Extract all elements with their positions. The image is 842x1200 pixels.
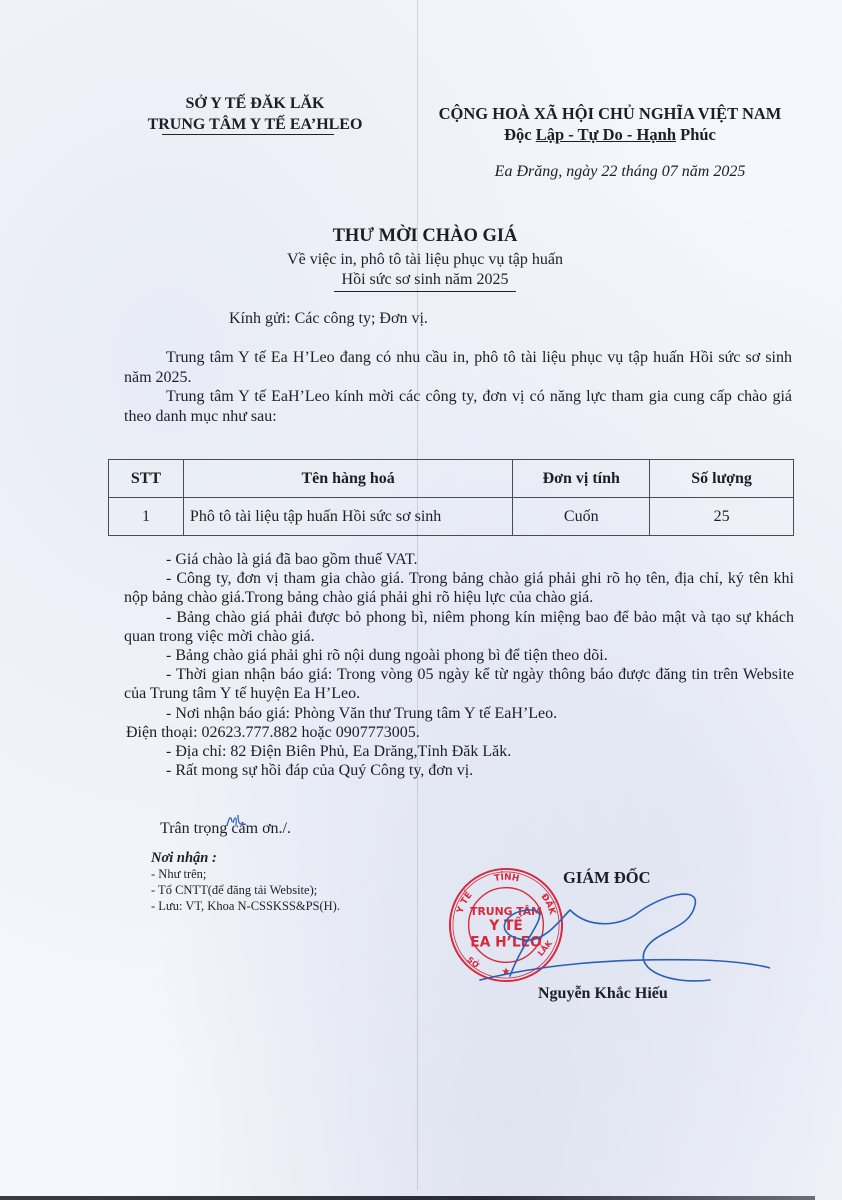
- initial-mark-icon: [224, 813, 248, 829]
- col-item-name: Tên hàng hoá: [183, 460, 512, 498]
- condition-item: - Công ty, đơn vị tham gia chào giá. Tro…: [124, 569, 794, 607]
- condition-item: - Giá chào là giá đã bao gồm thuế VAT.: [124, 550, 794, 569]
- scanned-page: SỞ Y TẾ ĐĂK LĂK TRUNG TÂM Y TẾ EA’HLEO C…: [0, 0, 842, 1200]
- col-stt: STT: [109, 460, 184, 498]
- document-title: THƯ MỜI CHÀO GIÁ: [200, 226, 650, 247]
- condition-item: - Nơi nhận báo giá: Phòng Văn thư Trung …: [124, 704, 794, 723]
- greeting: Kính gửi: Các công ty; Đơn vị.: [229, 310, 428, 328]
- recipients-block: Nơi nhận : - Như trên; - Tổ CNTT(để đăng…: [151, 850, 340, 914]
- recipient-item: - Tổ CNTT(để đăng tải Website);: [151, 882, 340, 898]
- condition-item: - Bảng chào giá phải ghi rõ nội dung ngo…: [124, 646, 794, 665]
- place-date: Ea Đrăng, ngày 22 tháng 07 năm 2025: [440, 163, 800, 181]
- closing-request: - Rất mong sự hồi đáp của Quý Công ty, đ…: [124, 761, 794, 780]
- scan-edge: [0, 1196, 815, 1200]
- recipient-item: - Lưu: VT, Khoa N-CSSKSS&PS(H).: [151, 898, 340, 914]
- issuing-agency: SỞ Y TẾ ĐĂK LĂK TRUNG TÂM Y TẾ EA’HLEO: [110, 93, 400, 135]
- col-unit: Đơn vị tính: [513, 460, 650, 498]
- recipients-label: Nơi nhận :: [151, 850, 340, 866]
- document-subtitle: Về việc in, phô tô tài liệu phục vụ tập …: [200, 250, 650, 292]
- recipient-item: - Như trên;: [151, 866, 340, 882]
- address-line: - Địa chỉ: 82 Điện Biên Phủ, Ea Drăng,Tỉ…: [124, 742, 794, 761]
- conditions-list: - Giá chào là giá đã bao gồm thuế VAT. -…: [124, 550, 794, 780]
- table-row: 1 Phô tô tài liệu tập huấn Hồi sức sơ si…: [109, 498, 794, 536]
- nation-name: CỘNG HOÀ XÃ HỘI CHỦ NGHĨA VIỆT NAM: [405, 103, 815, 124]
- paragraph-need: Trung tâm Y tế Ea H’Leo đang có nhu cầu …: [124, 348, 792, 387]
- signer-name: Nguyễn Khắc Hiếu: [538, 985, 668, 1003]
- org-name: TRUNG TÂM Y TẾ EA’HLEO: [148, 116, 363, 133]
- condition-item: - Thời gian nhận báo giá: Trong vòng 05 …: [124, 665, 794, 703]
- org-underline: [162, 134, 334, 135]
- handwritten-signature-icon: [470, 880, 770, 990]
- table-header-row: STT Tên hàng hoá Đơn vị tính Số lượng: [109, 460, 794, 498]
- condition-item: - Bảng chào giá phải được bỏ phong bì, n…: [124, 608, 794, 646]
- parent-org: SỞ Y TẾ ĐĂK LĂK: [110, 93, 400, 114]
- national-heading: CỘNG HOÀ XÃ HỘI CHỦ NGHĨA VIỆT NAM Độc L…: [405, 103, 815, 145]
- goods-table: STT Tên hàng hoá Đơn vị tính Số lượng 1 …: [108, 459, 794, 536]
- paragraph-invite: Trung tâm Y tế EaH’Leo kính mời các công…: [124, 387, 792, 426]
- phone-line: Điện thoại: 02623.777.882 hoặc 090777300…: [124, 723, 794, 742]
- col-quantity: Số lượng: [650, 460, 794, 498]
- motto: Độc Lập - Tự Do - Hạnh Phúc: [405, 124, 815, 145]
